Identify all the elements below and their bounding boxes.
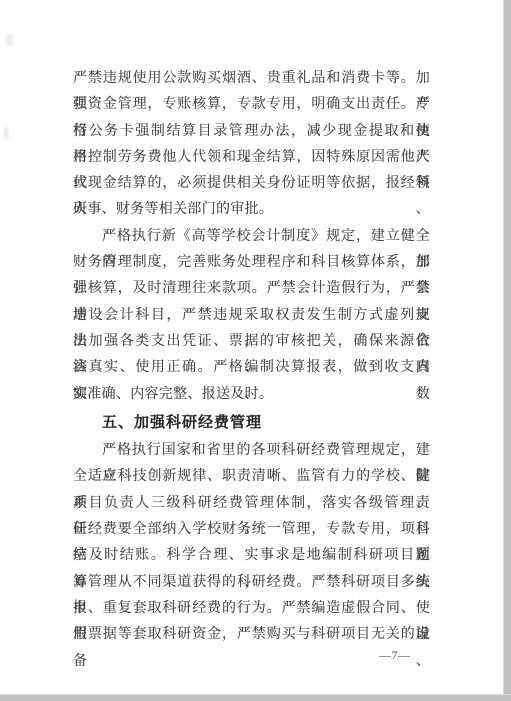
text-line: 假票据等套取科研资金，严禁购买与科研项目无关的设备、 bbox=[73, 622, 430, 648]
text-line: 报、重复套取科研经费的行为。严禁编造虚假合同、使用虚 bbox=[73, 596, 430, 622]
section-heading: 五、加强科研经费管理 bbox=[73, 410, 430, 436]
text-line: 财务管理制度，完善账务处理程序和科目核算体系，加强会 bbox=[73, 250, 430, 276]
text-line: 格控制劳务费他人代领和现金结算，因特殊原因需他人代领 bbox=[73, 145, 430, 171]
text-line: 计核算，及时清理往来款项。严禁会计造假行为，严禁违规 bbox=[73, 276, 430, 302]
scan-edge-bottom bbox=[0, 694, 511, 701]
document-body: 严禁违规使用公款购买烟酒、贵重礼品和消费卡等。加强专 项资金管理，专账核算，专款… bbox=[73, 66, 430, 649]
page-number: —7— bbox=[379, 648, 411, 663]
scan-edge-right bbox=[503, 0, 511, 701]
scan-artifact bbox=[3, 127, 9, 140]
text-line: 项目负责人三级科研经费管理体制，落实各级管理责任。科 bbox=[73, 491, 430, 517]
text-line: 行公务卡强制结算目录管理办法，减少现金提取和使用。严 bbox=[73, 119, 430, 145]
scan-artifact bbox=[6, 33, 13, 47]
text-line: 或现金结算的，必须提供相关身份证明等依据，报经科研、 bbox=[73, 171, 430, 197]
paragraph-first-line: 严格执行国家和省里的各项科研经费管理规定，建立健 bbox=[73, 438, 430, 464]
text-line: 全适应科技创新规律、职责清晰、监管有力的学校、院系、 bbox=[73, 464, 430, 490]
text-line: 严禁违规使用公款购买烟酒、贵重礼品和消费卡等。加强专 bbox=[73, 66, 430, 92]
document-page: 严禁违规使用公款购买烟酒、贵重礼品和消费卡等。加强专 项资金管理，专账核算，专款… bbox=[0, 0, 511, 701]
text-line: 筹管理从不同渠道获得的科研经费。严禁科研项目多头申 bbox=[73, 570, 430, 596]
text-line: 法加强各类支出凭证、票据的审核把关，确保来源合法、内 bbox=[73, 329, 430, 355]
text-line: 应及时结账。科学合理、实事求是地编制科研项目预算，统 bbox=[73, 543, 430, 569]
text-line: 研经费要全部纳入学校财务统一管理，专款专用，项目结题 bbox=[73, 517, 430, 543]
paragraph-first-line: 严格执行新《高等学校会计制度》规定，建立健全内部 bbox=[73, 224, 430, 250]
text-line: 容真实、使用正确。严格编制决算报表，做到收支真实、数 bbox=[73, 355, 430, 381]
text-line: 增设会计科目，严禁违规采取权责发生制方式虚列支出，依 bbox=[73, 303, 430, 329]
text-line: 项资金管理，专账核算，专款专用，明确支出责任。严格执 bbox=[73, 92, 430, 118]
